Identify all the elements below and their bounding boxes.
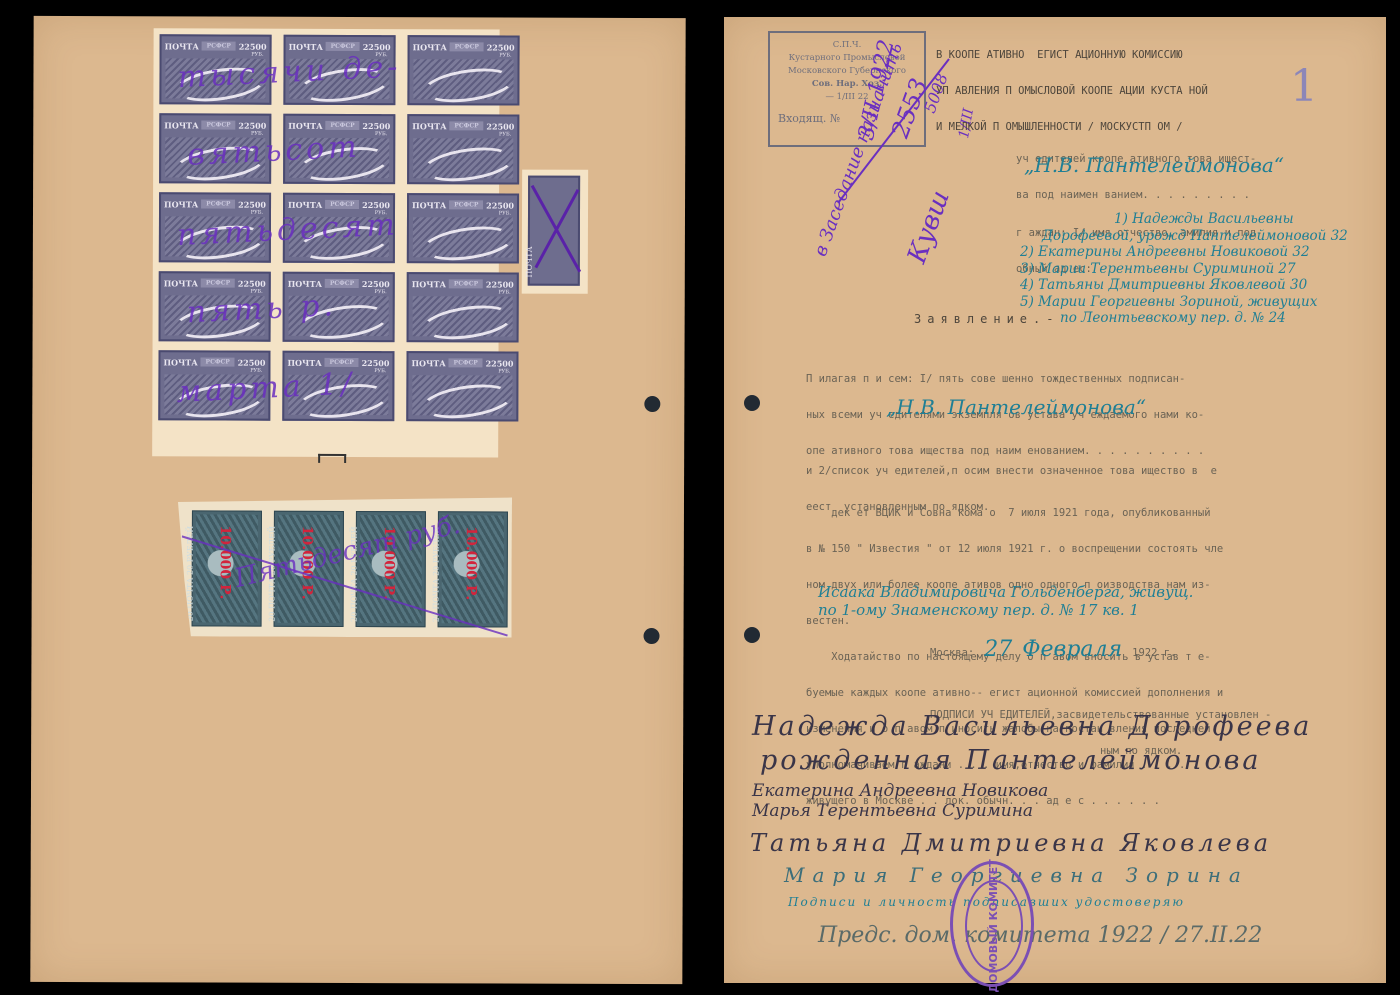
date-month: Февраля [1022, 637, 1122, 662]
page-number: 1 [1290, 61, 1318, 112]
stamp-word: ПОЧТА [163, 357, 197, 367]
society-name-handwritten-2: „Н.В. Пантелеймонова“ [886, 395, 1146, 419]
body-line: в № 150 " Известия " от 12 июля 1921 г. … [806, 543, 1223, 555]
stamp-block-sheet: ПОЧТАРСФСР22500РУБ.ПОЧТАРСФСР22500РУБ.ПО… [152, 28, 499, 457]
house-committee-seal: ДОМОВЫЙ КОМИТЕТ [950, 861, 1034, 987]
stamp-word: ПОЧТА [165, 41, 199, 51]
stamp-word: ПОЧТА [164, 120, 198, 130]
punch-hole [744, 627, 760, 643]
stamp-word: ПОЧТА [288, 278, 322, 288]
signature-4: Татьяна Дмитриевна Яковлева [750, 829, 1272, 857]
stamp-label: РСФСР [449, 358, 483, 367]
stamp-unit: РУБ. [498, 289, 510, 295]
stamp-label: РСФСР [201, 120, 235, 129]
staple-mark [318, 454, 346, 463]
stamp-word: ПОЧТА [412, 121, 446, 131]
representative-line: Исаака Владимировича Гольденберга, живущ… [818, 583, 1193, 601]
stamp-word: ПОЧТА [164, 278, 198, 288]
stamp-label: РСФСР [449, 121, 483, 130]
signature-1: Надежда Васильевна Дорофеева [752, 711, 1312, 742]
punch-hole [643, 628, 659, 644]
intro-line: ва под наимен ванием. . . . . . . . . [1016, 189, 1256, 201]
date-city: Москва: [930, 647, 974, 659]
citizen-entry: 4) Татьяны Дмитриевны Яковлевой 30 [1020, 277, 1348, 294]
signature-1b: рожденная Пантелеймонова [760, 745, 1262, 776]
stamp-word: ПОЧТА [164, 199, 198, 209]
citizen-entry: 2) Екатерины Андреевны Новиковой 32 [1020, 244, 1348, 261]
stamp-value: 22500 [238, 199, 266, 209]
body-line: дек ет ВЦИК и Совна кома о 7 июля 1921 г… [806, 507, 1223, 519]
header-line: УП АВЛЕНИЯ П ОМЫСЛОВОЙ КООПЕ АЦИИ КУСТА … [936, 85, 1208, 97]
representative-handwritten: Исаака Владимировича Гольденберга, живущ… [818, 583, 1193, 619]
stamp-label: РСФСР [450, 42, 484, 51]
stamp-word: ПОЧТА [289, 41, 323, 51]
citizen-entry: 1) Надежды Васильевны [1020, 211, 1348, 228]
stamp-22500-rub: ПОЧТАРСФСР22500РУБ. [407, 193, 519, 263]
stamp-unit: РУБ. [499, 52, 511, 58]
single-cancelled-stamp: ПОЧТА [522, 170, 588, 294]
seal-inner-ring: ДОМОВЫЙ КОМИТЕТ [965, 880, 1023, 972]
punch-hole [744, 395, 760, 411]
stamp-word: ПОЧТА [412, 200, 446, 210]
stamp-word: ПОЧТА [413, 42, 447, 52]
date-year: 1922 г. [1132, 647, 1176, 659]
stamp-value: 22500 [362, 121, 390, 131]
certification-signature: Предс. дом. комитета 1922 / 27.II.22 [818, 923, 1262, 948]
signature-2: Екатерина Андреевна Новикова [752, 781, 1048, 801]
date-day: 27 [984, 637, 1012, 662]
date-line: Москва: 27 Февраля 1922 г. [930, 637, 1176, 662]
stamp-label: РСФСР [325, 200, 359, 209]
stamp-word: ПОЧТА [412, 279, 446, 289]
stamp-value: 22500 [238, 357, 266, 367]
citizens-list: 1) Надежды Васильевны Дорофеевой, урожд … [1020, 211, 1348, 327]
header-line: В КООПЕ АТИВНО ЕГИСТ АЦИОННУЮ КОМИССИЮ [936, 49, 1208, 61]
stamp-label: РСФСР [326, 42, 360, 51]
stamp-label: РСФСР [202, 41, 236, 50]
stamp-22500-rub: ПОЧТАРСФСР22500РУБ. [407, 114, 519, 184]
stamp-label: РСФСР [325, 121, 359, 130]
stamp-word: ПОЧТА [411, 358, 445, 368]
stamp-22500-rub: ПОЧТАРСФСР22500РУБ. [407, 272, 519, 342]
signature-3: Марья Терентьевна Суримина [752, 801, 1033, 821]
stamp-label: РСФСР [449, 200, 483, 209]
stamp-value: 22500 [362, 358, 390, 368]
stamp-22500-rub: ПОЧТАРСФСР22500РУБ. [406, 351, 518, 421]
punch-hole [644, 396, 660, 412]
stamp-unit: РУБ. [375, 131, 387, 137]
stamp-value: 22500 [238, 278, 266, 288]
stamp-word: ПОЧТА [288, 199, 322, 209]
stamp-value: 22500 [362, 279, 390, 289]
stamp-word: ПОЧТА [288, 120, 322, 130]
stamp-label: РСФСР [201, 199, 235, 208]
stamp-value: 22500 [486, 279, 514, 289]
stamp-block-handwriting: пять р. [186, 288, 338, 330]
representative-line: по 1-ому Знаменскому пер. д. № 17 кв. 1 [818, 601, 1193, 619]
seal-center-text: ДОМОВЫЙ КОМИТЕТ [988, 859, 1000, 992]
stamp-value: 22500 [486, 121, 514, 131]
right-page: С.П.Ч. Кустарного Промысловой Московског… [724, 17, 1386, 983]
body-line: и 2/список уч едителей,п осим внести озн… [806, 465, 1217, 477]
stamp-22500-rub: ПОЧТАРСФСР22500РУБ. [407, 35, 519, 105]
strip-cancel-line [181, 516, 511, 647]
citizen-entry: Дорофеевой, урожд Пантелеймоновой 32 [1020, 228, 1348, 245]
stamp-label: РСФСР [201, 278, 235, 287]
stamp-value: 22500 [239, 41, 267, 51]
stamp-label: РСФСР [449, 279, 483, 288]
document-heading: Заявление.- [914, 313, 1059, 325]
stamp-label: РСФСР [201, 357, 235, 366]
left-page: ПОЧТАРСФСР22500РУБ.ПОЧТАРСФСР22500РУБ.ПО… [30, 16, 685, 984]
stamp-value: 22500 [486, 358, 514, 368]
citizen-entry: по Леонтьевскому пер. д. № 24 [1020, 310, 1348, 327]
stamp-value: 22500 [487, 42, 515, 52]
body-line: П илагая п и сем: I/ пять сове шенно тож… [806, 373, 1204, 385]
stamp-word: ПОЧТА [287, 357, 321, 367]
stamp-unit: РУБ. [374, 368, 386, 374]
citizen-entry: 5) Марии Георгиевны Зориной, живущих [1020, 294, 1348, 311]
stamp-value: 22500 [238, 120, 266, 130]
stamp-unit: РУБ. [499, 131, 511, 137]
stamp-value: 22500 [486, 200, 514, 210]
stamp-unit: РУБ. [498, 368, 510, 374]
citizen-entry: 3) Марии Терентьевны Суриминой 27 [1020, 261, 1348, 278]
stamp-label: РСФСР [325, 279, 359, 288]
cross-cancel-icon [528, 180, 584, 280]
stamp-unit: РУБ. [374, 289, 386, 295]
society-name-handwritten: „Н.В. Пантелеймонова“ [1024, 153, 1284, 177]
stamp-unit: РУБ. [499, 210, 511, 216]
